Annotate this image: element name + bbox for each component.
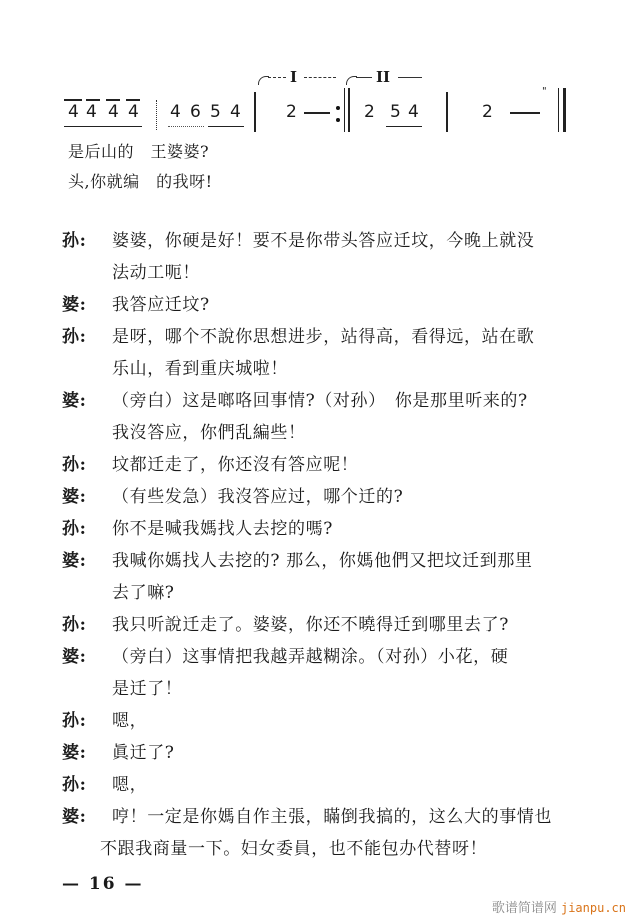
sustain-dash bbox=[510, 112, 540, 114]
underline bbox=[168, 126, 204, 128]
speaker-label: 婆: bbox=[62, 801, 112, 833]
dialogue-line: 孙:是呀，哪个不說你思想进步，站得高，看得远，站在歌 bbox=[62, 321, 602, 353]
dialogue-text: （旁白）这是啷咯回事情?（对孙） 你是那里听来的? bbox=[112, 391, 528, 411]
dialogue-line: 婆:（旁白）这事情把我越弄越糊涂。（对孙）小花，硬 bbox=[62, 641, 602, 673]
note: 4 bbox=[408, 102, 419, 122]
dialogue-line: 婆:我喊你媽找人去挖的? 那么，你媽他們又把坟迁到那里 bbox=[62, 545, 602, 577]
speaker-label: 孙: bbox=[62, 609, 112, 641]
note: 4 bbox=[230, 102, 241, 122]
speaker-label: 婆: bbox=[62, 737, 112, 769]
dialogue-line: 孙:你不是喊我媽找人去挖的嗎? bbox=[62, 513, 602, 545]
volta-2-label: II bbox=[376, 68, 390, 86]
dialogue-text: （有些发急）我沒答应过，哪个迁的? bbox=[112, 487, 403, 507]
dialogue-line: 婆:眞迁了? bbox=[62, 737, 602, 769]
volta-1-label: I bbox=[290, 68, 297, 86]
speaker-label: 孙: bbox=[62, 705, 112, 737]
dialogue-line: 婆:哼！一定是你媽自作主張，瞞倒我搞的，这么大的事情也 bbox=[62, 801, 602, 833]
dialogue-text: 我只听說迁走了。婆婆，你还不曉得迁到哪里去了? bbox=[112, 615, 509, 635]
dialogue-line: 孙:我只听說迁走了。婆婆，你还不曉得迁到哪里去了? bbox=[62, 609, 602, 641]
lyric-line-1: 是后山的 王婆婆? bbox=[68, 142, 209, 162]
lyric-line-2: 头,你就编 的我呀! bbox=[68, 172, 213, 192]
speaker-label: 孙: bbox=[62, 449, 112, 481]
speaker-label: 孙: bbox=[62, 513, 112, 545]
speaker-label: 孙: bbox=[62, 321, 112, 353]
dialogue-text: 婆婆，你硬是好！要不是你带头答应迁坟，今晚上就没 bbox=[112, 231, 534, 251]
dialogue-continuation: 不跟我商量一下。妇女委員，也不能包办代替呀！ bbox=[62, 833, 602, 865]
dialogue-line: 孙:坟都迁走了，你还沒有答应呢！ bbox=[62, 449, 602, 481]
dialogue-text: 是呀，哪个不說你思想进步，站得高，看得远，站在歌 bbox=[112, 327, 534, 347]
watermark-domain: jianpu.cn bbox=[561, 901, 626, 915]
underline bbox=[208, 126, 244, 127]
overline bbox=[106, 99, 120, 101]
dialogue-line: 孙:婆婆，你硬是好！要不是你带头答应迁坟，今晚上就没 bbox=[62, 225, 602, 257]
repeat-barline bbox=[348, 88, 350, 132]
note: 2 bbox=[482, 102, 493, 122]
dialogue-continuation: 乐山，看到重庆城啦！ bbox=[62, 353, 602, 385]
dialogue-text: 眞迁了? bbox=[112, 743, 175, 763]
note: 4 bbox=[128, 102, 139, 122]
dialogue-text: （旁白）这事情把我越弄越糊涂。（对孙）小花，硬 bbox=[112, 647, 508, 667]
dialogue-continuation: 我沒答应，你們乱編些！ bbox=[62, 417, 602, 449]
repeat-dot bbox=[336, 106, 340, 110]
volta-line bbox=[304, 77, 336, 79]
sustain-dash bbox=[304, 112, 330, 114]
final-barline-thin bbox=[558, 88, 559, 132]
underline bbox=[386, 126, 422, 127]
breath-mark: " bbox=[542, 86, 547, 97]
volta-line bbox=[356, 77, 372, 79]
overline bbox=[126, 99, 140, 101]
overline bbox=[86, 99, 100, 101]
speaker-label: 孙: bbox=[62, 225, 112, 257]
barline bbox=[446, 92, 448, 132]
dialogue-text: 嗯， bbox=[112, 711, 147, 731]
dialogue-continuation: 是迁了！ bbox=[62, 673, 602, 705]
jianpu-score: 4 4 4 4 4 6 5 4 I 2 II 2 5 4 bbox=[64, 68, 604, 132]
note: 2 bbox=[286, 102, 297, 122]
volta-line bbox=[268, 77, 286, 79]
speaker-label: 婆: bbox=[62, 545, 112, 577]
songbook-page: 4 4 4 4 4 6 5 4 I 2 II 2 5 4 bbox=[0, 0, 640, 924]
repeat-dot bbox=[336, 118, 340, 122]
dialogue-line: 孙:嗯， bbox=[62, 705, 602, 737]
speaker-label: 婆: bbox=[62, 289, 112, 321]
dialogue-text: 我喊你媽找人去挖的? 那么，你媽他們又把坟迁到那里 bbox=[112, 551, 533, 571]
dialogue-continuation: 去了嘛? bbox=[62, 577, 602, 609]
note: 5 bbox=[390, 102, 401, 122]
overline bbox=[64, 99, 82, 101]
note: 5 bbox=[210, 102, 221, 122]
note: 4 bbox=[68, 102, 79, 122]
note: 2 bbox=[364, 102, 375, 122]
dialogue-line: 孙:嗯， bbox=[62, 769, 602, 801]
speaker-label: 婆: bbox=[62, 481, 112, 513]
dialogue-text: 坟都迁走了，你还沒有答应呢！ bbox=[112, 455, 358, 475]
note: 4 bbox=[86, 102, 97, 122]
watermark: 歌谱简谱网 jianpu.cn bbox=[492, 897, 626, 916]
dialogue-line: 婆:（旁白）这是啷咯回事情?（对孙） 你是那里听来的? bbox=[62, 385, 602, 417]
dialogue-block: 孙:婆婆，你硬是好！要不是你带头答应迁坟，今晚上就没 法动工呃！ 婆:我答应迁坟… bbox=[62, 225, 602, 865]
watermark-site-name: 歌谱简谱网 bbox=[492, 901, 557, 916]
speaker-label: 婆: bbox=[62, 385, 112, 417]
underline bbox=[64, 126, 142, 127]
note: 4 bbox=[108, 102, 119, 122]
final-barline-thick bbox=[563, 88, 566, 132]
barline bbox=[254, 92, 256, 132]
speaker-label: 婆: bbox=[62, 641, 112, 673]
speaker-label: 孙: bbox=[62, 769, 112, 801]
page-number: — 16 — bbox=[62, 874, 144, 894]
dialogue-line: 婆:我答应迁坟? bbox=[62, 289, 602, 321]
dialogue-text: 嗯， bbox=[112, 775, 147, 795]
dialogue-text: 哼！一定是你媽自作主張，瞞倒我搞的，这么大的事情也 bbox=[112, 807, 552, 827]
volta-line bbox=[398, 77, 422, 79]
dialogue-text: 我答应迁坟? bbox=[112, 295, 210, 315]
note: 4 bbox=[170, 102, 181, 122]
dotted-barline bbox=[156, 100, 157, 130]
dialogue-continuation: 法动工呃！ bbox=[62, 257, 602, 289]
repeat-barline bbox=[344, 88, 345, 132]
dialogue-line: 婆:（有些发急）我沒答应过，哪个迁的? bbox=[62, 481, 602, 513]
dialogue-text: 你不是喊我媽找人去挖的嗎? bbox=[112, 519, 333, 539]
note: 6 bbox=[190, 102, 201, 122]
